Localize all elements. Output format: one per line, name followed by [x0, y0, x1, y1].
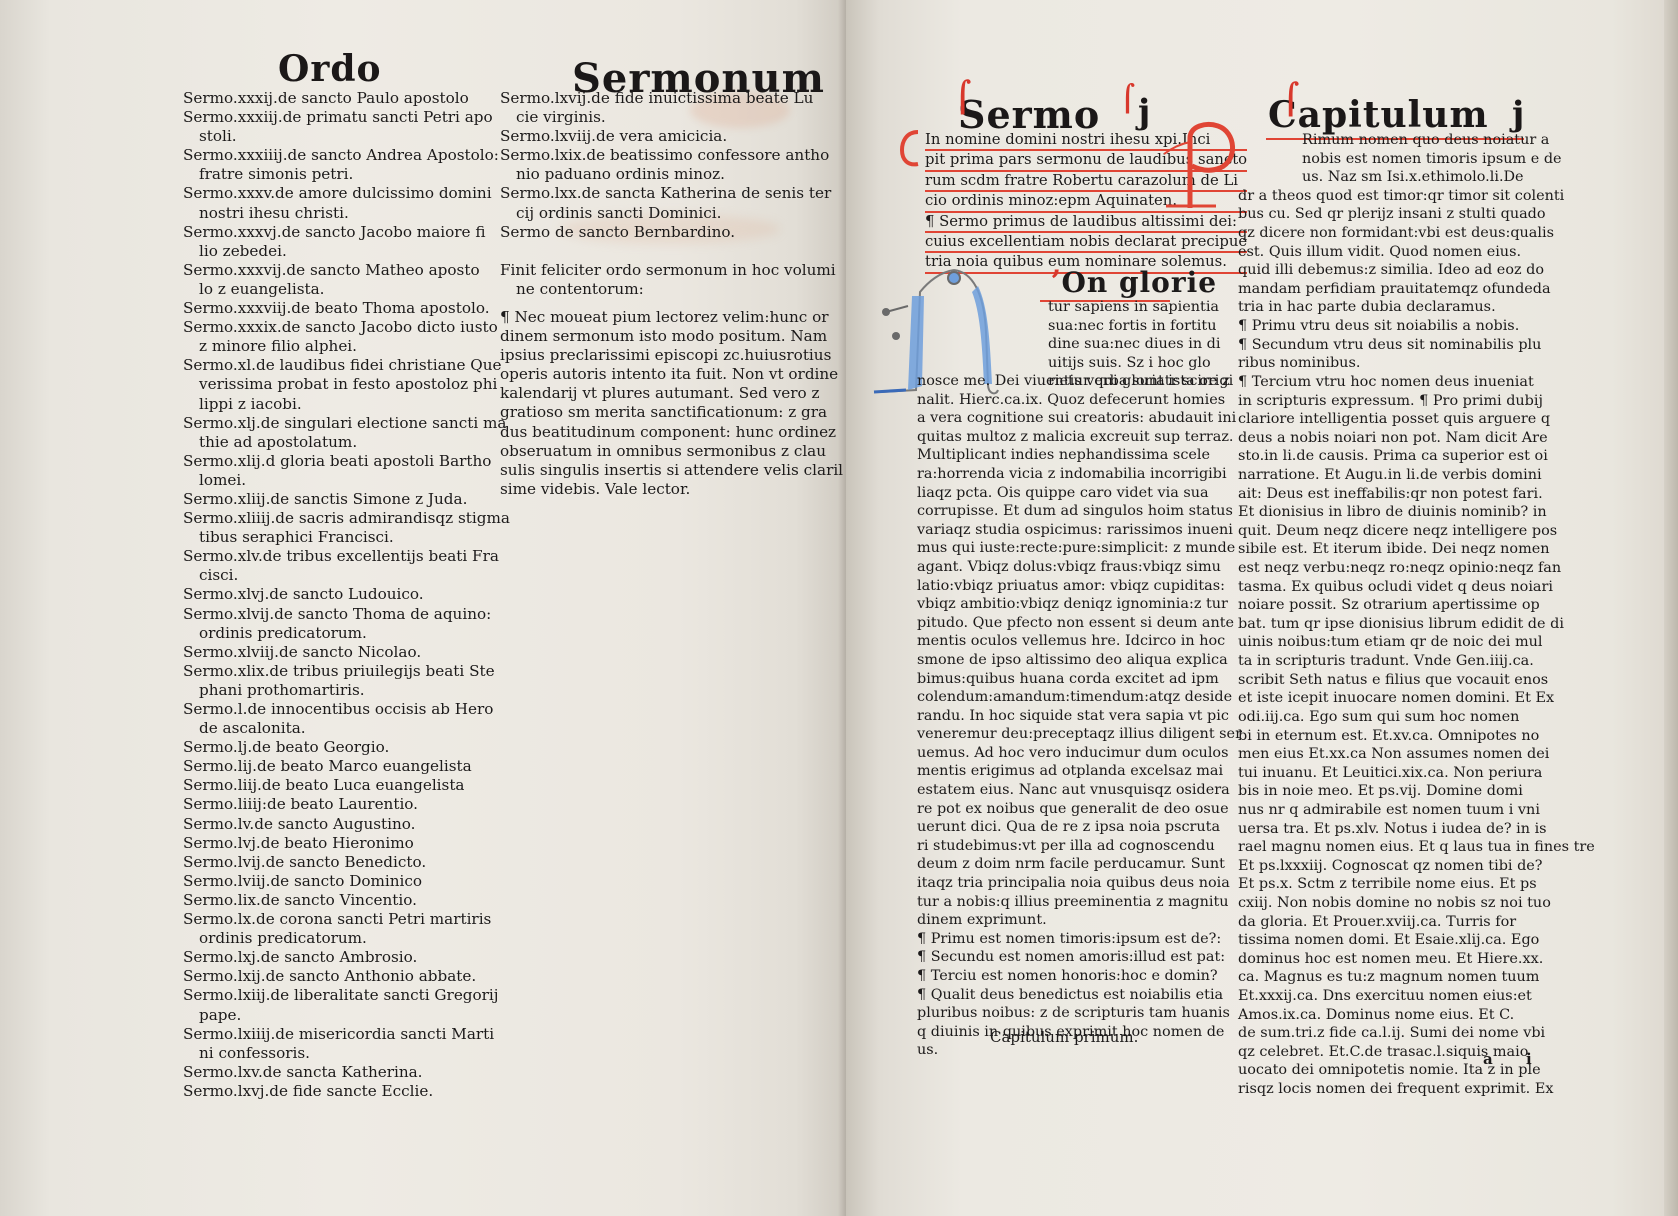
text-line: tur a nobis:q illius preeminentia z magn… [917, 893, 1242, 912]
text-line: Sermo.lxviij.de vera amicicia. [500, 127, 836, 146]
text-line: ¶ Nec moueat pium lectorez velim:hunc or [500, 308, 843, 327]
text-line: obseruatum in omnibus sermonibus z clau [500, 442, 843, 461]
text-line: qz dicere non formidant:vbi est deus:qua… [1238, 224, 1595, 243]
text-line: Sermo.lj.de beato Georgio. [183, 738, 510, 757]
text-line: re pot ex noibus que generalit de deo os… [917, 800, 1242, 819]
text-line: in scripturis expressum. ¶ Pro primi dub… [1238, 392, 1595, 411]
text-line: Sermo.l.de innocentibus occisis ab Hero [183, 700, 510, 719]
text-line: lio zebedei. [183, 242, 510, 261]
text-line: Sermo.lij.de beato Marco euangelista [183, 757, 510, 776]
open-book: Ordo Sermonum Sermo.xxxij.de sancto Paul… [0, 0, 1678, 1216]
text-line: ¶ Secundu est nomen amoris:illud est pat… [917, 948, 1242, 967]
text-line: dus beatitudinum component: hunc ordinez [500, 423, 843, 442]
rubric-flourish-icon: ⌠ [954, 80, 972, 115]
sermon-index-column-1: Sermo.xxxij.de sancto Paulo apostoloSerm… [183, 89, 510, 1101]
text-line: Sermo.xlv.de tribus excellentijs beati F… [183, 547, 510, 566]
text-line: Sermo.xlj.de singulari electione sancti … [183, 414, 510, 433]
text-line: lomei. [183, 471, 510, 490]
text-line: cxiij. Non nobis domine no nobis sz noi … [1238, 894, 1595, 913]
text-line: Amos.ix.ca. Dominus nome eius. Et C. [1238, 1006, 1595, 1025]
text-line: clariore intelligentia posset quis argue… [1238, 410, 1595, 429]
text-line: Sermo.xliij.de sanctis Simone z Juda. [183, 490, 510, 509]
text-line: estatem eius. Nanc aut vnusquisqz osider… [917, 781, 1242, 800]
text-line: uitijs suis. Sz i hoc glo [1048, 354, 1230, 373]
text-line: tibus seraphici Francisci. [183, 528, 510, 547]
text-line: randu. In hoc siquide stat vera sapia vt… [917, 707, 1242, 726]
text-line: nosce me. Dei viuentis verba sunt ista o… [917, 372, 1242, 391]
text-line: Sermo.liij.de beato Luca euangelista [183, 776, 510, 795]
text-line: verissima probat in festo apostoloz phi [183, 375, 510, 394]
text-line: Sermo.lv.de sancto Augustino. [183, 815, 510, 834]
text-line: us. Naz sm Isi.x.ethimolo.li.De [1238, 168, 1595, 187]
page-edges [1664, 0, 1678, 1216]
text-line: ta in scripturis tradunt. Vnde Gen.iiij.… [1238, 652, 1595, 671]
text-line: uemus. Ad hoc vero inducimur dum oculos [917, 744, 1242, 763]
text-line: Sermo.xxxij.de sancto Paulo apostolo [183, 89, 510, 108]
text-line: itaqz tria principalia noia quibus deus … [917, 874, 1242, 893]
text-line: Sermo.lxx.de sancta Katherina de senis t… [500, 184, 836, 203]
text-line: vbiqz ambitio:vbiqz deniqz ignominia:z t… [917, 595, 1242, 614]
text-line: ri studebimus:vt per illa ad cognoscendu [917, 837, 1242, 856]
text-line: agant. Vbiqz dolus:vbiqz fraus:vbiqz sim… [917, 558, 1242, 577]
text-line: colendum:amandum:timendum:atqz deside [917, 688, 1242, 707]
text-line: Sermo.lxvij.de fide inuictissima beate L… [500, 89, 836, 108]
text-line: cuius excellentiam nobis declarat precip… [925, 233, 1247, 253]
text-line: Et ps.x. Sctm z terribile nome eius. Et … [1238, 875, 1595, 894]
text-line: scribit Seth natus e filius que vocauit … [1238, 671, 1595, 690]
text-line: ¶ Terciu est nomen honoris:hoc e domin? [917, 967, 1242, 986]
text-line: ordinis predicatorum. [183, 929, 510, 948]
text-line: pitudo. Que pfecto non essent si deum an… [917, 614, 1242, 633]
text-line: stoli. [183, 127, 510, 146]
text-line: nus nr q admirabile est nomen tuum i vni [1238, 801, 1595, 820]
text-line: Sermo.xlvij.de sancto Thoma de aquino: [183, 605, 510, 624]
text-line: Sermo.lix.de sancto Vincentio. [183, 891, 510, 910]
chapter-label: Capitulum primum. [990, 1028, 1138, 1046]
text-line: est. Quis illum vidit. Quod nomen eius. [1238, 243, 1595, 262]
text-line: quid illi debemus:z similia. Ideo ad eoz… [1238, 261, 1595, 280]
text-line: quit. Deum neqz dicere neqz intelligere … [1238, 522, 1595, 541]
text-line: odi.iij.ca. Ego sum qui sum hoc nomen [1238, 708, 1595, 727]
body-text-column-4: Rimum nomen quo deus noiatur anobis est … [1238, 131, 1595, 1099]
text-line: deus a nobis noiari non pot. Nam dicit A… [1238, 429, 1595, 448]
text-line: Sermo.xxxix.de sancto Jacobo dicto iusto [183, 318, 510, 337]
text-line: Et.xxxij.ca. Dns exercituu nomen eius:et [1238, 987, 1595, 1006]
text-line: Rimum nomen quo deus noiatur a [1238, 131, 1595, 150]
text-line: a vera cognitione sui creatoris: abudaui… [917, 409, 1242, 428]
sermon-number: ⌠ j [1138, 92, 1151, 132]
text-line: bat. tum qr ipse dionisius librum edidit… [1238, 615, 1595, 634]
text-line: mandam perfidiam prauitatemqz ofundeda [1238, 280, 1595, 299]
text-line: da gloria. Et Prouer.xviij.ca. Turris fo… [1238, 913, 1595, 932]
text-line: Sermo.lxvj.de fide sancte Ecclie. [183, 1082, 510, 1101]
text-line: nostri ihesu christi. [183, 204, 510, 223]
text-line: rael magnu nomen eius. Et q laus tua in … [1238, 838, 1595, 857]
text-line: de ascalonita. [183, 719, 510, 738]
text-line: tria in hac parte dubia declaramus. [1238, 298, 1595, 317]
text-line: ribus nominibus. [1238, 354, 1595, 373]
text-line: sua:nec fortis in fortitu [1048, 317, 1230, 336]
text-line: risqz locis nomen dei frequent exprimit.… [1238, 1080, 1595, 1099]
text-line: sto.in li.de causis. Prima ca superior e… [1238, 447, 1595, 466]
text-line: Sermo.lxiiij.de misericordia sancti Mart… [183, 1025, 510, 1044]
text-line: Sermo.liiij:de beato Laurentio. [183, 795, 510, 814]
text-line: dr a theos quod est timor:qr timor sit c… [1238, 187, 1595, 206]
text-line: ¶ Sermo primus de laudibus altissimi dei… [925, 213, 1247, 233]
text-line: Sermo.lviij.de sancto Dominico [183, 872, 510, 891]
text-line: Sermo.xlvj.de sancto Ludouico. [183, 585, 510, 604]
text-line: est neqz verbu:neqz ro:neqz opinio:neqz … [1238, 559, 1595, 578]
text-line: ni confessoris. [183, 1044, 510, 1063]
text-line: Sermo.lvj.de beato Hieronimo [183, 834, 510, 853]
text-line: tasma. Ex quibus ocludi videt q deus noi… [1238, 578, 1595, 597]
text-line: smone de ipso altissimo deo aliqua expli… [917, 651, 1242, 670]
reader-note: ¶ Nec moueat pium lectorez velim:hunc or… [500, 308, 843, 499]
text-line: tissima nomen domi. Et Esaie.xlij.ca. Eg… [1238, 931, 1595, 950]
text-line: Sermo.xxxv.de amore dulcissimo domini [183, 184, 510, 203]
sermon-index-column-2: Sermo.lxvij.de fide inuictissima beate L… [500, 89, 836, 299]
text-line: Sermo.lxiij.de liberalitate sancti Grego… [183, 986, 510, 1005]
text-line: nalit. Hierc.ca.ix. Quoz defecerunt homi… [917, 391, 1242, 410]
text-line: narratione. Et Augu.in li.de verbis domi… [1238, 466, 1595, 485]
text-line: mentis oculos vellemus hre. Idcirco in h… [917, 632, 1242, 651]
section-heading: ʼOn glorie [1050, 265, 1217, 300]
text-line: dominus hoc est nomen meu. Et Hiere.xx. [1238, 950, 1595, 969]
text-line: Sermo.lxij.de sancto Anthonio abbate. [183, 967, 510, 986]
text-line: Sermo.xlix.de tribus priuilegijs beati S… [183, 662, 510, 681]
text-line: pape. [183, 1006, 510, 1025]
text-line: Sermo.xxxviij.de beato Thoma apostolo. [183, 299, 510, 318]
text-line: Sermo.xl.de laudibus fidei christiane Qu… [183, 356, 510, 375]
text-line: phani prothomartiris. [183, 681, 510, 700]
text-line: cie virginis. [500, 108, 836, 127]
text-line: tui inuanu. Et Leuitici.xix.ca. Non peri… [1238, 764, 1595, 783]
text-line: cij ordinis sancti Dominici. [500, 204, 836, 223]
text-line: ait: Deus est ineffabilis:qr non potest … [1238, 485, 1595, 504]
text-line: ¶ Primu vtru deus sit noiabilis a nobis. [1238, 317, 1595, 336]
text-line: ¶ Secundum vtru deus sit nominabilis plu [1238, 336, 1595, 355]
text-line: bi in eternum est. Et.xv.ca. Omnipotes n… [1238, 727, 1595, 746]
text-line: sime videbis. Vale lector. [500, 480, 843, 499]
text-line: uinis noibus:tum etiam qr de noic dei mu… [1238, 633, 1595, 652]
text-line: ipsius preclarissimi episcopi zc.huiusro… [500, 346, 843, 365]
text-line: Sermo.lxix.de beatissimo confessore anth… [500, 146, 836, 165]
heading-ordo: Ordo [278, 48, 382, 90]
text-line: liaqz pcta. Ois quippe caro videt via su… [917, 484, 1242, 503]
text-line: quitas multoz z malicia excreuit sup ter… [917, 428, 1242, 447]
text-line: Sermo de sancto Bernbardino. [500, 223, 836, 242]
text-line: nio paduano ordinis minoz. [500, 165, 836, 184]
text-line: mus qui iuste:recte:pure:simplicit: z mu… [917, 539, 1242, 558]
text-line: men eius Et.xx.ca Non assumes nomen dei [1238, 745, 1595, 764]
rubric-flourish-icon: ⌠ [1282, 82, 1300, 117]
text-line: z minore filio alphei. [183, 337, 510, 356]
text-line: noiare possit. Sz otrarium apertissime o… [1238, 596, 1595, 615]
text-line: mentis erigimus ad otplanda excelsaz mai [917, 762, 1242, 781]
text-line: fratre simonis petri. [183, 165, 510, 184]
text-line: dinem sermonum isto modo positum. Nam [500, 327, 843, 346]
chapter-number: j [1512, 94, 1525, 134]
text-line: tur sapiens in sapientia [1048, 298, 1230, 317]
text-line: pluribus noibus: z de scripturis tam hua… [917, 1004, 1242, 1023]
red-initial-p-icon [1160, 120, 1240, 210]
text-line: deum z doim nrm facile perducamur. Sunt [917, 855, 1242, 874]
text-line: cisci. [183, 566, 510, 585]
text-line: ¶ Tercium vtru hoc nomen deus inueniat [1238, 373, 1595, 392]
text-line: sibile est. Et iterum ibide. Dei neqz no… [1238, 540, 1595, 559]
text-line: et iste icepit inuocare nomen domini. Et… [1238, 689, 1595, 708]
text-line: Et ps.lxxxiij. Cognoscat qz nomen tibi d… [1238, 857, 1595, 876]
text-line: Sermo.lx.de corona sancti Petri martiris [183, 910, 510, 929]
text-line: Sermo.xxxiiij.de sancto Andrea Apostolo: [183, 146, 510, 165]
text-line: ¶ Qualit deus benedictus est noiabilis e… [917, 986, 1242, 1005]
rubric-flourish-icon: ⌠ [1120, 84, 1136, 114]
text-line: variaqz studia ospicimus: rarissimos inu… [917, 521, 1242, 540]
text-line: lippi z iacobi. [183, 395, 510, 414]
text-line: ca. Magnus es tu:z magnum nomen tuum [1238, 968, 1595, 987]
text-line: bis in noie meo. Et ps.vij. Domine domi [1238, 782, 1595, 801]
text-line: operis autoris intento ita fuit. Non vt … [500, 365, 843, 384]
text-line: Finit feliciter ordo sermonum in hoc vol… [500, 261, 836, 280]
running-head-capitulum: ⌠ Capitulum [1268, 94, 1489, 136]
text-line: Sermo.xlij.d gloria beati apostoli Barth… [183, 452, 510, 471]
text-line: sulis singulis insertis si attendere vel… [500, 461, 843, 480]
text-line: uerunt dici. Qua de re z ipsa noia pscru… [917, 818, 1242, 837]
text-line: latio:vbiqz priuatus amor: vbiqz cupidit… [917, 577, 1242, 596]
left-page: Ordo Sermonum Sermo.xxxij.de sancto Paul… [0, 0, 846, 1216]
text-line: ra:horrenda vicia z indomabilia incorrig… [917, 465, 1242, 484]
text-line: ordinis predicatorum. [183, 624, 510, 643]
text-line: veneremur deu:preceptaqz illius diligent… [917, 725, 1242, 744]
text-line: ¶ Primu est nomen timoris:ipsum est de?: [917, 930, 1242, 949]
text-line: Sermo.lvij.de sancto Benedicto. [183, 853, 510, 872]
text-line: nobis est nomen timoris ipsum e de [1238, 150, 1595, 169]
rubric-flourish-icon: ʼ [1050, 265, 1061, 300]
text-line: gratioso sm merita sanctificationum: z g… [500, 403, 843, 422]
text-line: dine sua:nec diues in di [1048, 335, 1230, 354]
text-line: thie ad apostolatum. [183, 433, 510, 452]
text-line: corrupisse. Et dum ad singulos hoim stat… [917, 502, 1242, 521]
body-text-column-3: nosce me. Dei viuentis verba sunt ista o… [917, 372, 1242, 1060]
text-line: Sermo.xxxiij.de primatu sancti Petri apo [183, 108, 510, 127]
text-line: uersa tra. Et ps.xlv. Notus i iudea de? … [1238, 820, 1595, 839]
text-line: Sermo.xxxvij.de sancto Matheo aposto [183, 261, 510, 280]
text-line: ne contentorum: [500, 280, 836, 299]
text-line: Sermo.xlviij.de sancto Nicolao. [183, 643, 510, 662]
text-line: Sermo.lxv.de sancta Katherina. [183, 1063, 510, 1082]
text-line: Et dionisius in libro de diuinis nominib… [1238, 503, 1595, 522]
text-line: bus cu. Sed qr plerijz insani z stulti q… [1238, 205, 1595, 224]
signature-mark: a i [1483, 1050, 1546, 1068]
text-line: de sum.tri.z fide ca.l.ij. Sumi dei nome… [1238, 1024, 1595, 1043]
text-line: kalendarij vt plures autumant. Sed vero … [500, 384, 843, 403]
red-paragraph-mark-icon [900, 128, 922, 168]
text-line [500, 242, 836, 261]
text-line: Sermo.xxxvj.de sancto Jacobo maiore fi [183, 223, 510, 242]
text-line: Sermo.lxj.de sancto Ambrosio. [183, 948, 510, 967]
text-line: lo z euangelista. [183, 280, 510, 299]
text-line: Multiplicant indies nephandissima scele [917, 446, 1242, 465]
text-line: dinem exprimunt. [917, 911, 1242, 930]
text-line: bimus:quibus huana corda excitet ad ipm [917, 670, 1242, 689]
text-line: Sermo.xliiij.de sacris admirandisqz stig… [183, 509, 510, 528]
